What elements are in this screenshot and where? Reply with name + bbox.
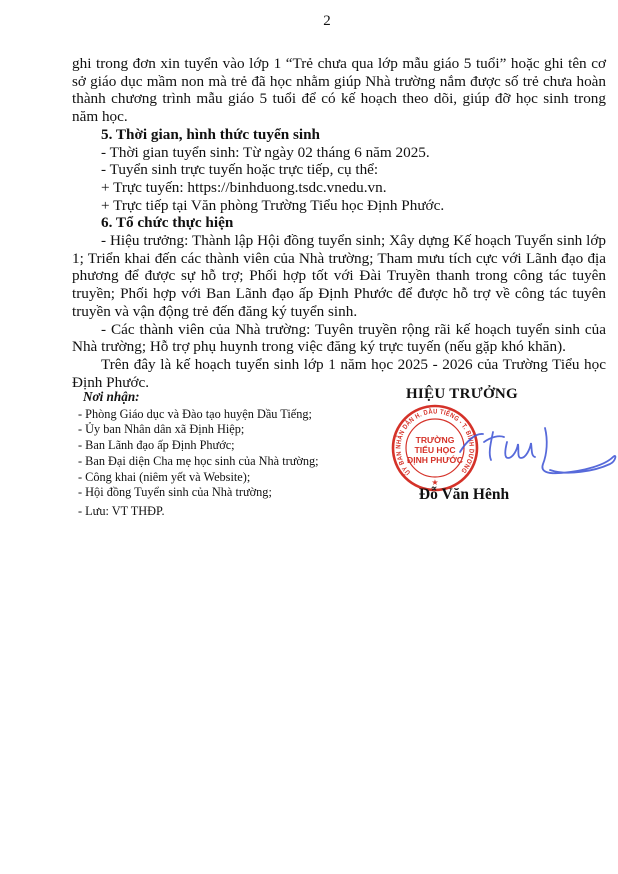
recipient-item: - Công khai (niêm yết và Website); xyxy=(78,470,378,486)
section-5-item: - Thời gian tuyển sinh: Từ ngày 02 tháng… xyxy=(72,144,606,162)
section-6-heading: 6. Tổ chức thực hiện xyxy=(72,214,606,232)
recipient-item: - Ban Đại diện Cha mẹ học sinh của Nhà t… xyxy=(78,454,378,470)
section-5-item: - Tuyển sinh trực tuyến hoặc trực tiếp, … xyxy=(72,161,606,179)
recipient-item-luu: - Lưu: VT THĐP. xyxy=(78,504,378,520)
section-6-paragraph: - Hiệu trưởng: Thành lập Hội đồng tuyển … xyxy=(72,232,606,321)
document-page: 2 ghi trong đơn xin tuyển vào lớp 1 “Trẻ… xyxy=(0,0,618,874)
section-5-item: + Trực tiếp tại Văn phòng Trường Tiểu họ… xyxy=(72,197,606,215)
handwritten-signature xyxy=(455,420,618,480)
section-5-heading: 5. Thời gian, hình thức tuyển sinh xyxy=(72,126,606,144)
recipients-heading: Nơi nhận: xyxy=(78,389,378,405)
page-number: 2 xyxy=(72,13,582,30)
recipients-block: Nơi nhận: - Phòng Giáo dục và Đào tạo hu… xyxy=(78,389,378,520)
signer-title: HIỆU TRƯỞNG xyxy=(392,386,532,403)
recipient-item: - Ủy ban Nhân dân xã Định Hiệp; xyxy=(78,422,378,438)
document-body: ghi trong đơn xin tuyển vào lớp 1 “Trẻ c… xyxy=(72,55,606,391)
stamp-center-line: TIỂU HỌC xyxy=(414,444,455,455)
recipient-item: - Hội đồng Tuyển sinh của Nhà trường; xyxy=(78,485,378,501)
paragraph-continuation: ghi trong đơn xin tuyển vào lớp 1 “Trẻ c… xyxy=(72,55,606,126)
stamp-center-line: TRƯỜNG xyxy=(416,434,455,445)
section-6-paragraph: - Các thành viên của Nhà trường: Tuyên t… xyxy=(72,321,606,356)
section-5-item-online-url: + Trực tuyến: https://binhduong.tsdc.vne… xyxy=(72,179,606,197)
signer-name: Đỗ Văn Hênh xyxy=(389,486,539,504)
recipient-item: - Phòng Giáo dục và Đào tạo huyện Dầu Ti… xyxy=(78,407,378,423)
recipient-item: - Ban Lãnh đạo ấp Định Phước; xyxy=(78,438,378,454)
